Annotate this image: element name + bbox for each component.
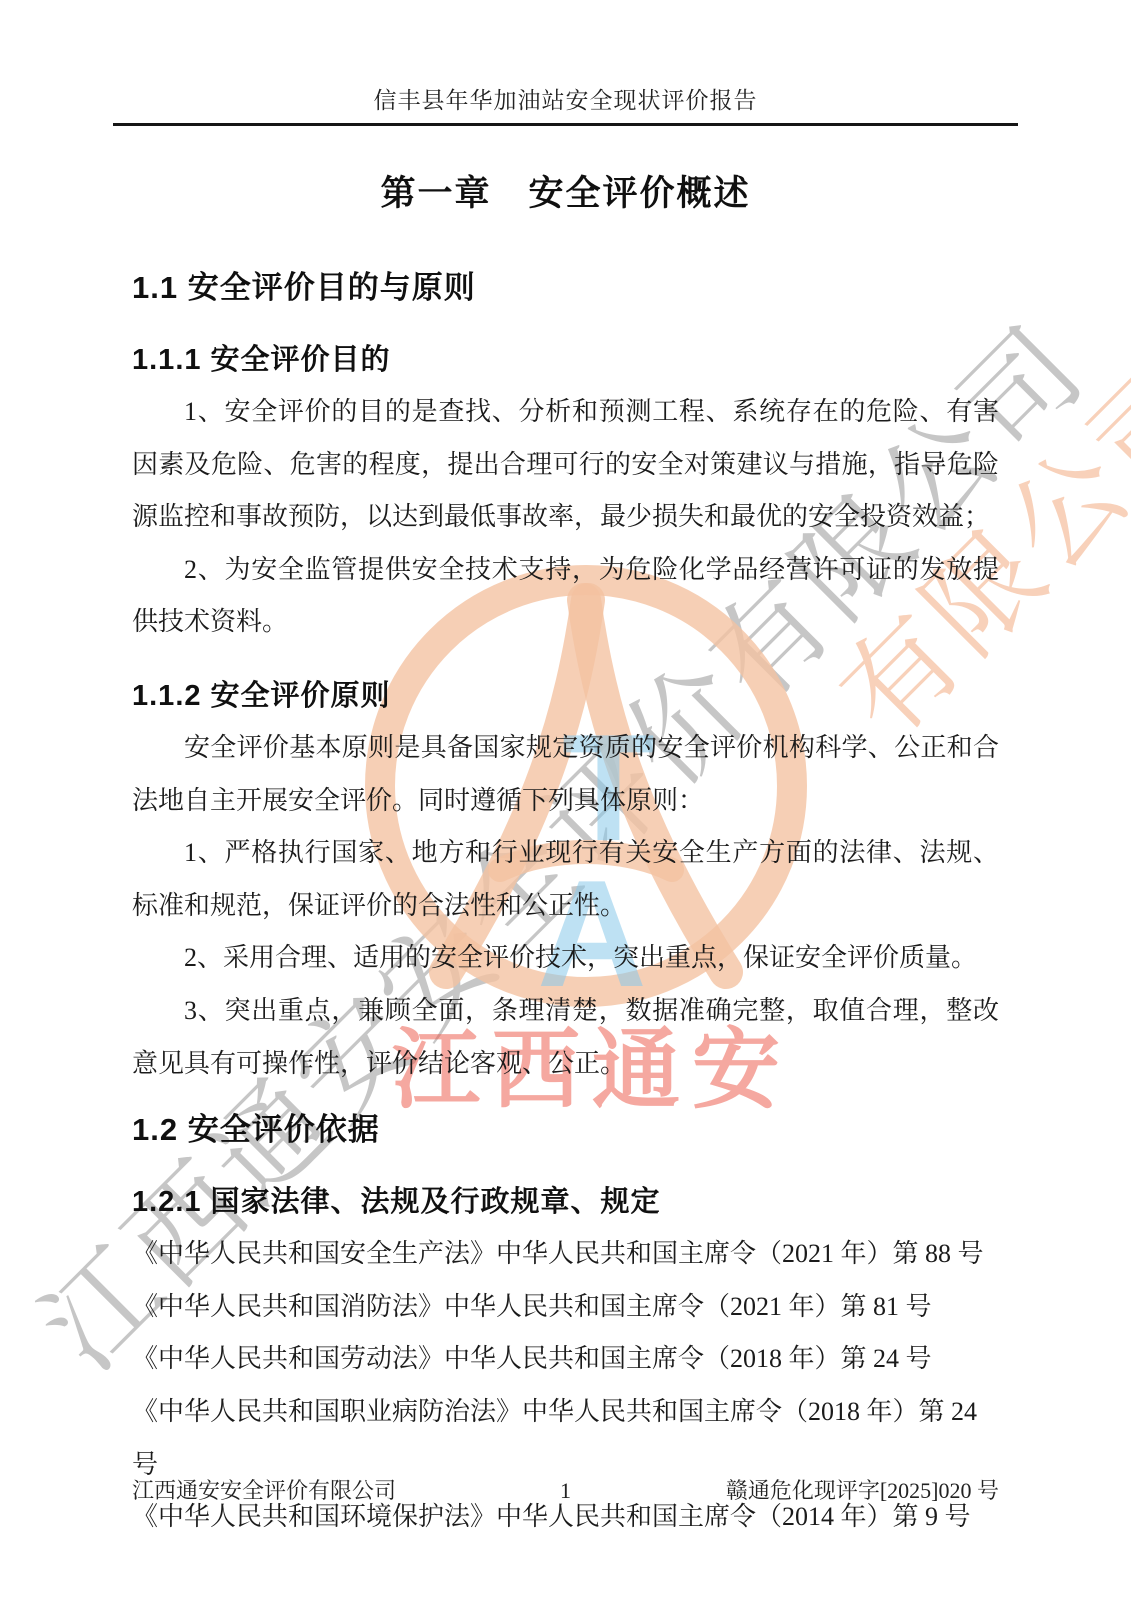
section-heading-1-1: 1.1 安全评价目的与原则 bbox=[132, 262, 999, 307]
section-heading-1-2: 1.2 安全评价依据 bbox=[132, 1104, 999, 1149]
subsection-heading-1-2-1: 1.2.1 国家法律、法规及行政规章、规定 bbox=[132, 1179, 999, 1220]
page-footer: 江西通安安全评价有限公司 1 赣通危化现评字[2025]020 号 bbox=[132, 1474, 999, 1505]
header-title: 信丰县年华加油站安全现状评价报告 bbox=[132, 82, 999, 115]
paragraph: 1、严格执行国家、地方和行业现行有关安全生产方面的法律、法规、标准和规范，保证评… bbox=[132, 827, 999, 932]
paragraph: 1、安全评价的目的是查找、分析和预测工程、系统存在的危险、有害因素及危险、危害的… bbox=[132, 386, 999, 544]
page-header: 信丰县年华加油站安全现状评价报告 bbox=[132, 0, 999, 126]
footer-doc-number: 赣通危化现评字[2025]020 号 bbox=[616, 1474, 1000, 1505]
footer-company: 江西通安安全评价有限公司 bbox=[132, 1474, 516, 1505]
chapter-title: 第一章 安全评价概述 bbox=[132, 166, 999, 216]
law-item: 《中华人民共和国劳动法》中华人民共和国主席令（2018 年）第 24 号 bbox=[132, 1333, 999, 1386]
header-divider bbox=[113, 123, 1018, 126]
document-content: 信丰县年华加油站安全现状评价报告 第一章 安全评价概述 1.1 安全评价目的与原… bbox=[0, 0, 1131, 1544]
footer-page-number: 1 bbox=[516, 1478, 616, 1504]
subsection-heading-1-1-2: 1.1.2 安全评价原则 bbox=[132, 673, 999, 714]
paragraph: 2、采用合理、适用的安全评价技术，突出重点，保证安全评价质量。 bbox=[132, 932, 999, 985]
paragraph: 2、为安全监管提供安全技术支持，为危险化学品经营许可证的发放提供技术资料。 bbox=[132, 544, 999, 649]
paragraph: 3、突出重点，兼顾全面，条理清楚，数据准确完整，取值合理，整改意见具有可操作性，… bbox=[132, 985, 999, 1090]
document-page: 江西通安安全评价有限公司 有限公司 T A 江西通安 信丰县年华加油站安全现状评… bbox=[0, 0, 1131, 1600]
subsection-heading-1-1-1: 1.1.1 安全评价目的 bbox=[132, 337, 999, 378]
law-item: 《中华人民共和国消防法》中华人民共和国主席令（2021 年）第 81 号 bbox=[132, 1281, 999, 1334]
paragraph: 安全评价基本原则是具备国家规定资质的安全评价机构科学、公正和合法地自主开展安全评… bbox=[132, 722, 999, 827]
law-item: 《中华人民共和国安全生产法》中华人民共和国主席令（2021 年）第 88 号 bbox=[132, 1228, 999, 1281]
